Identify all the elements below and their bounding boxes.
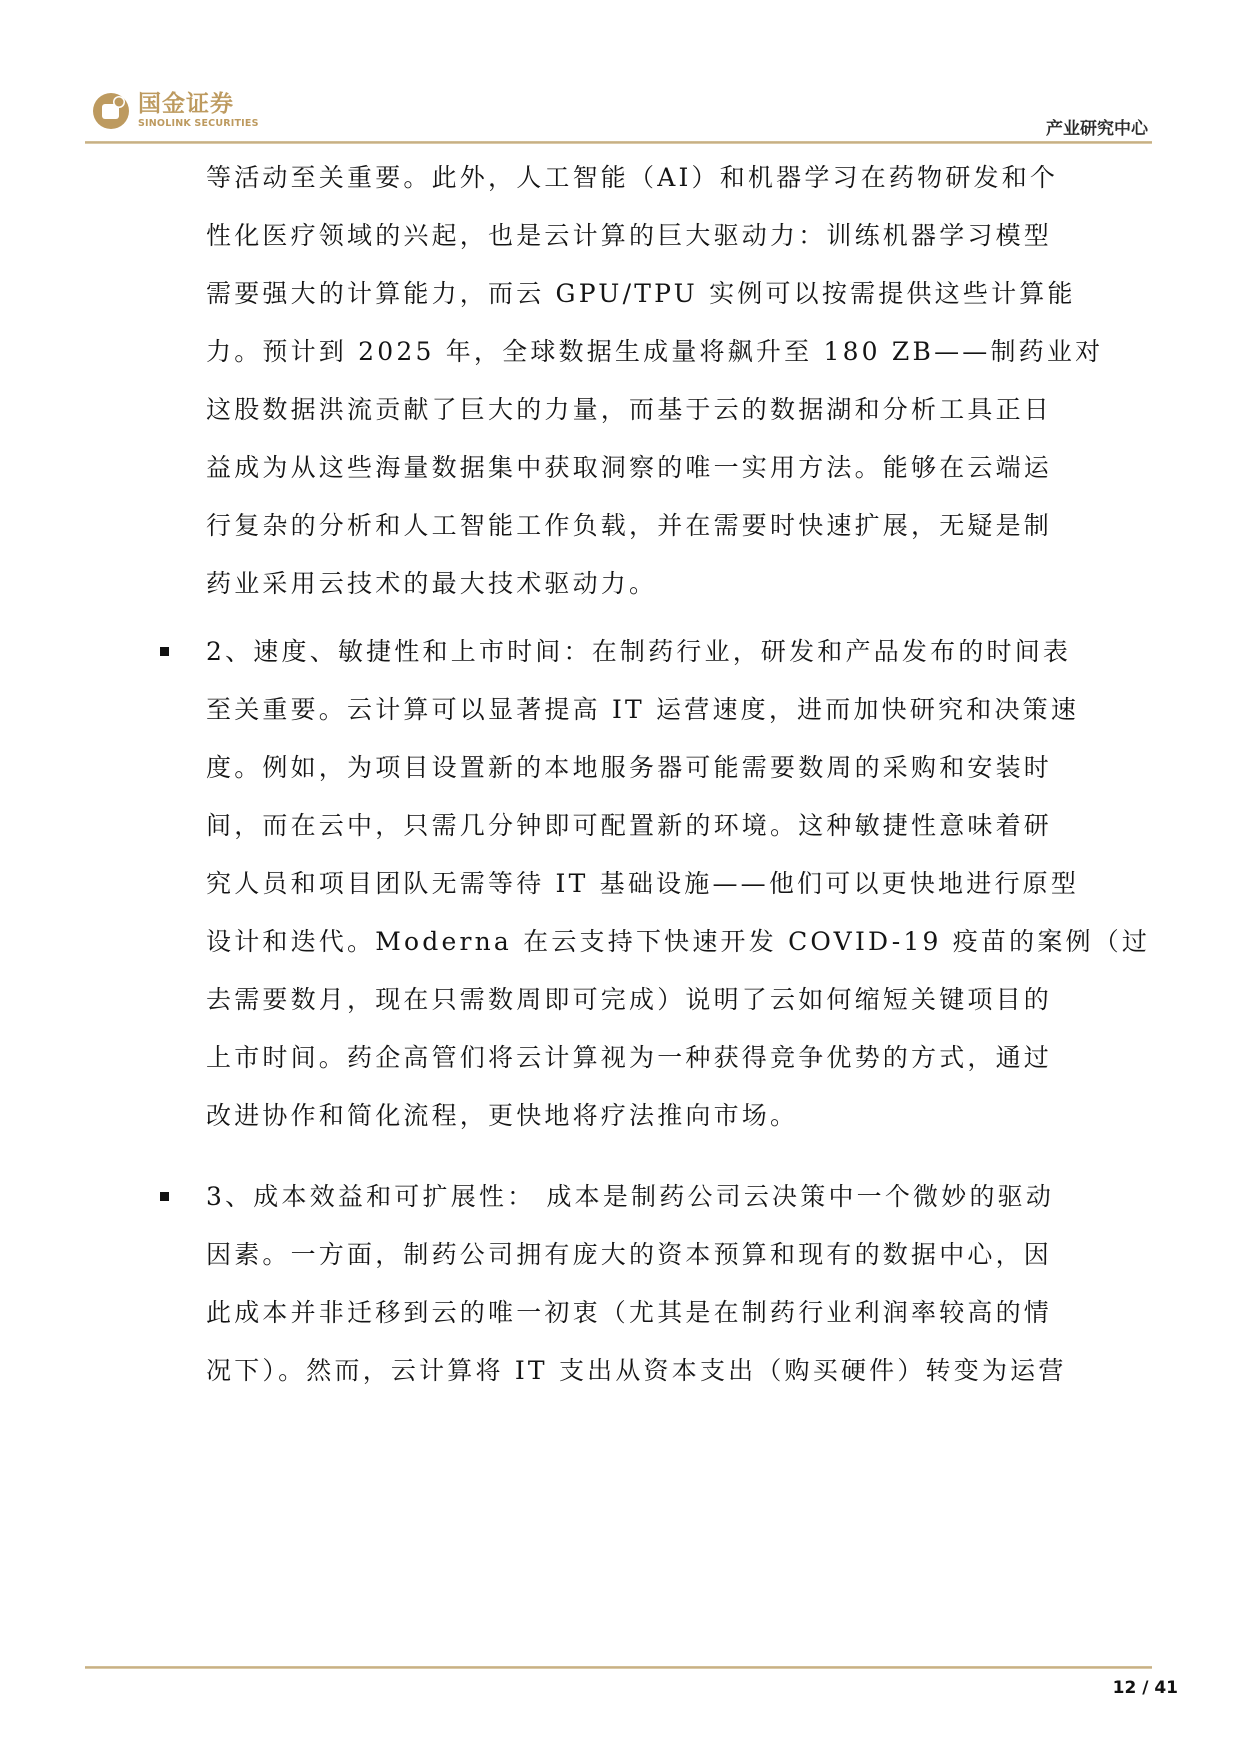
text-line: 这股数据洪流贡献了巨大的力量，而基于云的数据湖和分析工具正日 [206,395,1052,425]
text-line: 等活动至关重要。此外，人工智能（AI）和机器学习在药物研发和个 [206,163,1058,193]
text-line: 究人员和项目团队无需等待 IT 基础设施——他们可以更快地进行原型 [206,869,1079,899]
company-logo: 国金证券 SINOLINK SECURITIES [92,92,259,130]
text-line: 上市时间。药企高管们将云计算视为一种获得竞争优势的方式，通过 [206,1043,1052,1073]
text-line: 况下）。然而，云计算将 IT 支出从资本支出（购买硬件）转变为运营 [206,1356,1067,1386]
bullet-marker-icon [160,1192,169,1201]
text-line: 改进协作和简化流程，更快地将疗法推向市场。 [206,1101,798,1131]
text-line: 因素。一方面，制药公司拥有庞大的资本预算和现有的数据中心，因 [206,1240,1052,1270]
text-line: 设计和迭代。Moderna 在云支持下快速开发 COVID-19 疫苗的案例（过 [206,927,1150,957]
text-line: 度。例如，为项目设置新的本地服务器可能需要数周的采购和安装时 [206,753,1052,783]
text-line: 间，而在云中，只需几分钟即可配置新的环境。这种敏捷性意味着研 [206,811,1052,841]
text-line: 此成本并非迁移到云的唯一初衷（尤其是在制药行业利润率较高的情 [206,1298,1052,1328]
text-line: 力。预计到 2025 年，全球数据生成量将飙升至 180 ZB——制药业对 [206,337,1103,367]
header-divider [85,141,1152,144]
logo-english-name: SINOLINK SECURITIES [138,119,259,129]
logo-chinese-name: 国金证券 [138,93,259,116]
text-line: 需要强大的计算能力，而云 GPU/TPU 实例可以按需提供这些计算能 [206,279,1076,309]
text-line: 益成为从这些海量数据集中获取洞察的唯一实用方法。能够在云端运 [206,453,1052,483]
department-label: 产业研究中心 [1046,114,1148,139]
logo-mark-icon [92,92,130,130]
text-line: 至关重要。云计算可以显著提高 IT 运营速度，进而加快研究和决策速 [206,695,1079,725]
page-header: 国金证券 SINOLINK SECURITIES 产业研究中心 [0,0,1241,145]
text-line: 2、速度、敏捷性和上市时间：在制药行业，研发和产品发布的时间表 [206,637,1071,667]
page-number: 12 / 41 [1113,1678,1178,1698]
text-line: 性化医疗领域的兴起，也是云计算的巨大驱动力：训练机器学习模型 [206,221,1052,251]
text-line: 3、成本效益和可扩展性： 成本是制药公司云决策中一个微妙的驱动 [206,1182,1054,1212]
text-line: 药业采用云技术的最大技术驱动力。 [206,569,657,599]
text-line: 去需要数月，现在只需数周即可完成）说明了云如何缩短关键项目的 [206,985,1052,1015]
footer-divider [85,1666,1152,1669]
text-line: 行复杂的分析和人工智能工作负载，并在需要时快速扩展，无疑是制 [206,511,1052,541]
bullet-marker-icon [160,647,169,656]
